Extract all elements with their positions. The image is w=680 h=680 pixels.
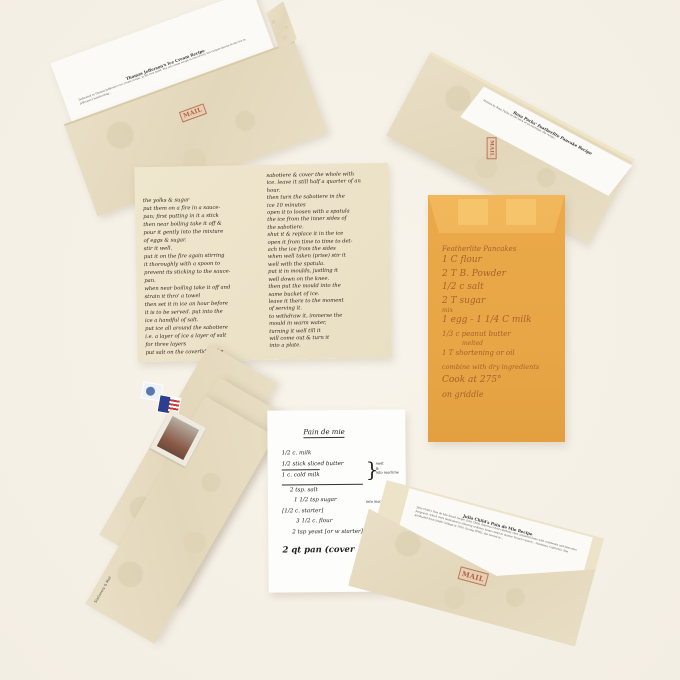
photo-scene: Thomas Jefferson's Ice Cream Recipe Dedi… [0, 0, 680, 680]
return-address: Stationery & Mail [94, 576, 113, 604]
card-ingredients: 1/2 c. milk 1/2 stick sliced butter 1 c.… [282, 448, 364, 556]
card-side-note: melt & into machine [376, 461, 399, 475]
card-title: Pain de mie [303, 428, 345, 438]
